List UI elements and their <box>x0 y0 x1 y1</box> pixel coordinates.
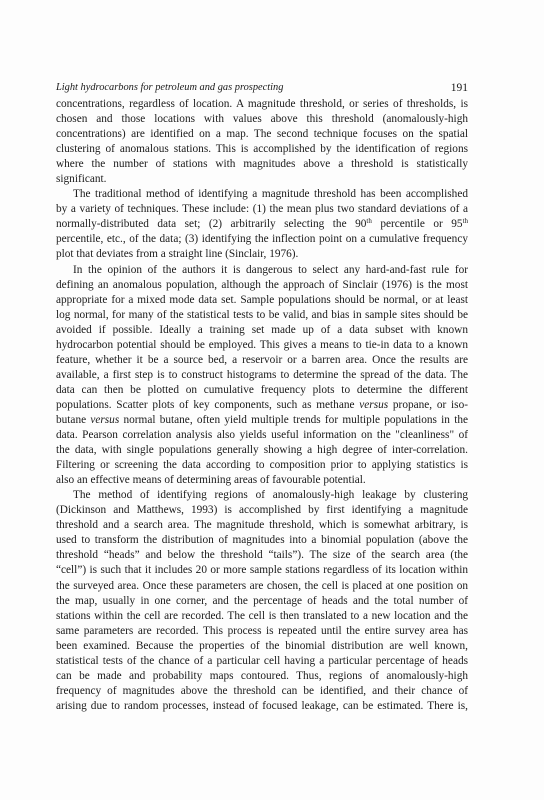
text-line: same parameters are recorded. This proce… <box>56 624 468 639</box>
text-line: concentrations) are identified on a map.… <box>56 127 468 142</box>
text-line-with-superscripts: normally-distributed data set; (2) arbit… <box>56 217 468 232</box>
text-line: the map, usually in one corner, and the … <box>56 594 468 609</box>
text-line: available, a first step is to construct … <box>56 368 468 383</box>
text-line: plot that deviates from a straight line … <box>56 247 468 262</box>
document-page: Light hydrocarbons for petroleum and gas… <box>0 0 544 800</box>
italic-term: versus <box>359 399 388 411</box>
paragraph: The method of identifying regions of ano… <box>56 488 468 714</box>
text-line: The traditional method of identifying a … <box>56 187 468 202</box>
text-line-with-italics: butane versus normal butane, often yield… <box>56 413 468 428</box>
text-line: avoided if possible. Ideally a training … <box>56 323 468 338</box>
text-line-with-italics: populations. Scatter plots of key compon… <box>56 398 468 413</box>
text-line: statistical tests of the chance of a par… <box>56 654 468 669</box>
text-line: In the opinion of the authors it is dang… <box>56 263 468 278</box>
text-line: defining an anomalous population, althou… <box>56 278 468 293</box>
text-run: populations. Scatter plots of key compon… <box>56 399 359 411</box>
paragraph: The traditional method of identifying a … <box>56 187 468 262</box>
text-line: can be made and probability maps contour… <box>56 669 468 684</box>
superscript: th <box>463 217 468 225</box>
text-line: The method of identifying regions of ano… <box>56 488 468 503</box>
text-run: butane <box>56 414 90 426</box>
paragraph: concentrations, regardless of location. … <box>56 97 468 187</box>
text-line: by a variety of techniques. These includ… <box>56 202 468 217</box>
text-line: the data, with single populations genera… <box>56 443 468 458</box>
text-line: clustering of anomalous stations. This i… <box>56 142 468 157</box>
text-line: Filtering or screening the data accordin… <box>56 458 468 473</box>
body-text: concentrations, regardless of location. … <box>56 97 468 714</box>
text-line: concentrations, regardless of location. … <box>56 97 468 112</box>
text-line: also an effective means of determining a… <box>56 473 468 488</box>
text-line: the surveyed area. Once these parameters… <box>56 579 468 594</box>
text-line: where the number of stations with magnit… <box>56 157 468 172</box>
text-line: arising due to random processes, instead… <box>56 699 468 714</box>
text-run: normal butane, often yield multiple tren… <box>119 414 468 426</box>
text-line: frequency of magnitudes above the thresh… <box>56 684 468 699</box>
running-head: Light hydrocarbons for petroleum and gas… <box>56 80 468 96</box>
paragraph: In the opinion of the authors it is dang… <box>56 263 468 489</box>
text-line: threshold “heads” and below the threshol… <box>56 548 468 563</box>
text-line: been examined. Because the properties of… <box>56 639 468 654</box>
page-number: 191 <box>451 80 468 96</box>
text-run: propane, or iso- <box>388 399 468 411</box>
text-line: log normal, for many of the statistical … <box>56 308 468 323</box>
text-run: normally-distributed data set; (2) arbit… <box>56 218 366 230</box>
text-line: used to transform the distribution of ma… <box>56 533 468 548</box>
text-run: percentile or 95 <box>372 218 463 230</box>
text-line: threshold and a search area. The magnitu… <box>56 518 468 533</box>
text-line: hydrocarbon potential should be employed… <box>56 338 468 353</box>
text-line: data can then be plotted on cumulative f… <box>56 383 468 398</box>
text-line: (Dickinson and Matthews, 1993) is accomp… <box>56 503 468 518</box>
text-line: percentile, etc., of the data; (3) ident… <box>56 232 468 247</box>
text-line: stations within the cell are recorded. T… <box>56 609 468 624</box>
text-line: feature, whether it be a source bed, a r… <box>56 353 468 368</box>
text-line: “cell”) is such that it includes 20 or m… <box>56 563 468 578</box>
text-line: data. Pearson correlation analysis also … <box>56 428 468 443</box>
running-head-title: Light hydrocarbons for petroleum and gas… <box>56 80 283 96</box>
text-line: appropriate for a mixed mode data set. S… <box>56 293 468 308</box>
italic-term: versus <box>90 414 119 426</box>
text-line: significant. <box>56 172 468 187</box>
text-line: chosen and those locations with values a… <box>56 112 468 127</box>
